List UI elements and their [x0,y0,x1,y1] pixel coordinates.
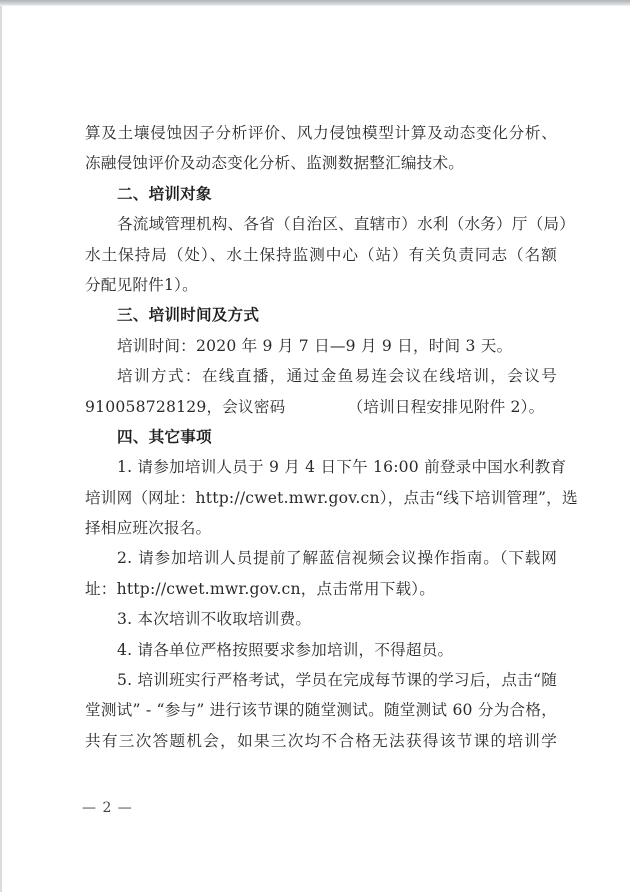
schedule-reference-text: （培训日程安排见附件 2）。 [347,398,544,416]
document-body: 算及土壤侵蚀因子分析评价、风力侵蚀模型计算及动态变化分析、 冻融侵蚀评价及动态变… [85,118,557,756]
page-number: — 2 — [82,800,133,816]
meeting-id-text: 910058728129，会议密码 [85,398,285,416]
item-5-line: 共有三次答题机会，如果三次均不合格无法获得该节课的培训学 [85,726,557,756]
paragraph-line: 分配见附件1）。 [85,270,557,300]
training-time-line: 培训时间：2020 年 9 月 7 日—9 月 9 日，时间 3 天。 [85,331,557,361]
paragraph-line: 各流域管理机构、各省（自治区、直辖市）水利（水务）厅（局） [85,209,557,239]
section-heading-trainees: 二、培训对象 [85,179,557,209]
item-5-line: 5. 培训班实行严格考试，学员在完成每节课的学习后，点击“随 [85,665,557,695]
item-4-line: 4. 请各单位严格按照要求参加培训，不得超员。 [85,635,557,665]
paragraph-line: 算及土壤侵蚀因子分析评价、风力侵蚀模型计算及动态变化分析、 [85,118,557,148]
section-heading-time-method: 三、培训时间及方式 [85,300,557,330]
item-1-line: 择相应班次报名。 [85,513,557,543]
scan-top-edge [0,0,630,6]
training-method-line: 培训方式：在线直播，通过金鱼易连会议在线培训，会议号 [85,361,557,391]
item-2-line: 2. 请参加培训人员提前了解蓝信视频会议操作指南。（下载网 [85,543,557,573]
paragraph-line: 冻融侵蚀评价及动态变化分析、监测数据整汇编技术。 [85,148,557,178]
scan-left-edge [0,6,2,892]
meeting-id-line: 910058728129，会议密码（培训日程安排见附件 2）。 [85,392,557,422]
paragraph-line: 水土保持局（处）、水土保持监测中心（站）有关负责同志（名额 [85,240,557,270]
item-5-line: 堂测试” - “参与” 进行该节课的随堂测试。随堂测试 60 分为合格， [85,695,557,725]
item-3-line: 3. 本次培训不收取培训费。 [85,604,557,634]
item-2-line: 址：http://cwet.mwr.gov.cn，点击常用下载）。 [85,574,557,604]
section-heading-other-matters: 四、其它事项 [85,422,557,452]
item-1-line: 1. 请参加培训人员于 9 月 4 日下午 16:00 前登录中国水利教育 [85,452,557,482]
item-1-line: 培训网（网址：http://cwet.mwr.gov.cn），点击“线下培训管理… [85,483,557,513]
